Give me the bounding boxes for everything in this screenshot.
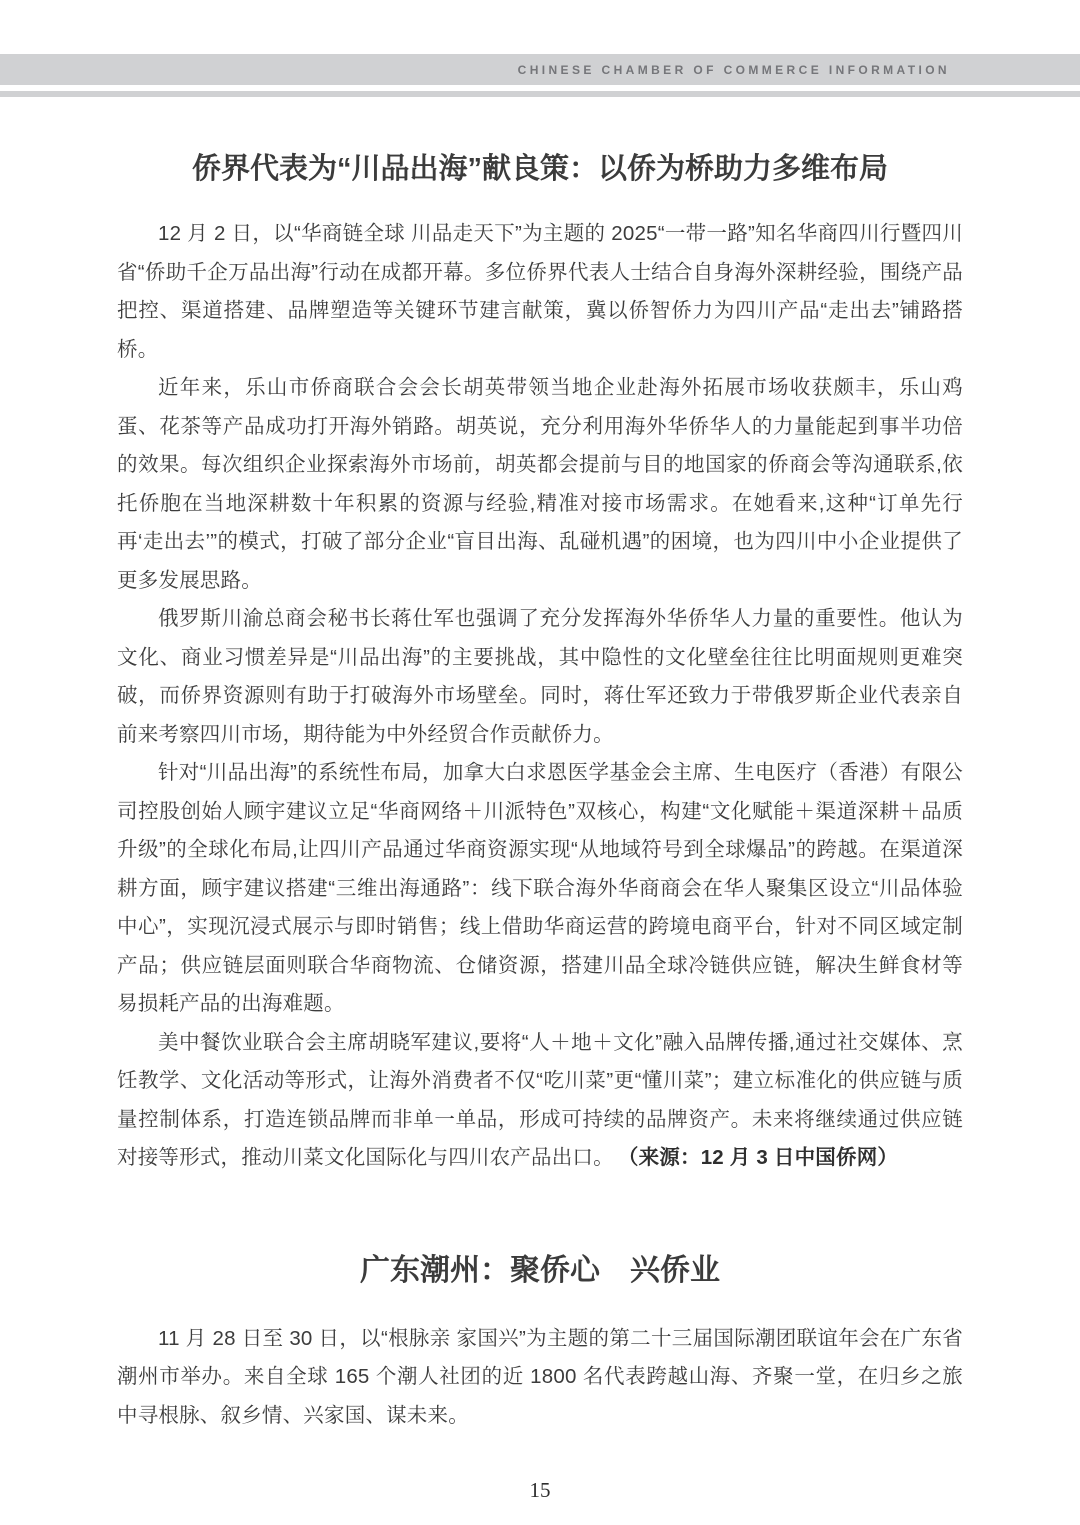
article1-paragraph-4: 针对“川品出海”的系统性布局，加拿大白求恩医学基金会主席、生电医疗（香港）有限公… — [117, 754, 963, 1024]
article1-paragraph-1: 12 月 2 日，以“华商链全球 川品走天下”为主题的 2025“一带一路”知名… — [117, 215, 963, 369]
article2-title: 广东潮州：聚侨心 兴侨业 — [117, 1252, 963, 1290]
page-number: 15 — [530, 1478, 551, 1502]
article1-source-note: （来源：12 月 3 日中国侨网） — [628, 1146, 898, 1169]
header-banner-text: CHINESE CHAMBER OF COMMERCE INFORMATION — [518, 63, 950, 77]
header-divider-bar — [0, 91, 1080, 97]
article2-paragraph-1: 11 月 28 日至 30 日，以“根脉亲 家国兴”为主题的第二十三届国际潮团联… — [117, 1320, 963, 1436]
document-page: CHINESE CHAMBER OF COMMERCE INFORMATION … — [0, 0, 1080, 1525]
article1-paragraph-5: 美中餐饮业联合会主席胡晓军建议,要将“人＋地＋文化”融入品牌传播,通过社交媒体、… — [117, 1024, 963, 1178]
article1-paragraph-2: 近年来，乐山市侨商联合会会长胡英带领当地企业赴海外拓展市场收获颇丰，乐山鸡蛋、花… — [117, 369, 963, 600]
page-footer: 15 — [0, 1478, 1080, 1503]
article1-paragraph-3: 俄罗斯川渝总商会秘书长蒋仕军也强调了充分发挥海外华侨华人力量的重要性。他认为文化… — [117, 600, 963, 754]
page-content: 侨界代表为“川品出海”献良策：以侨为桥助力多维布局 12 月 2 日，以“华商链… — [117, 150, 963, 1435]
header-banner-bar: CHINESE CHAMBER OF COMMERCE INFORMATION — [0, 54, 1080, 85]
article1-title: 侨界代表为“川品出海”献良策：以侨为桥助力多维布局 — [117, 150, 963, 188]
